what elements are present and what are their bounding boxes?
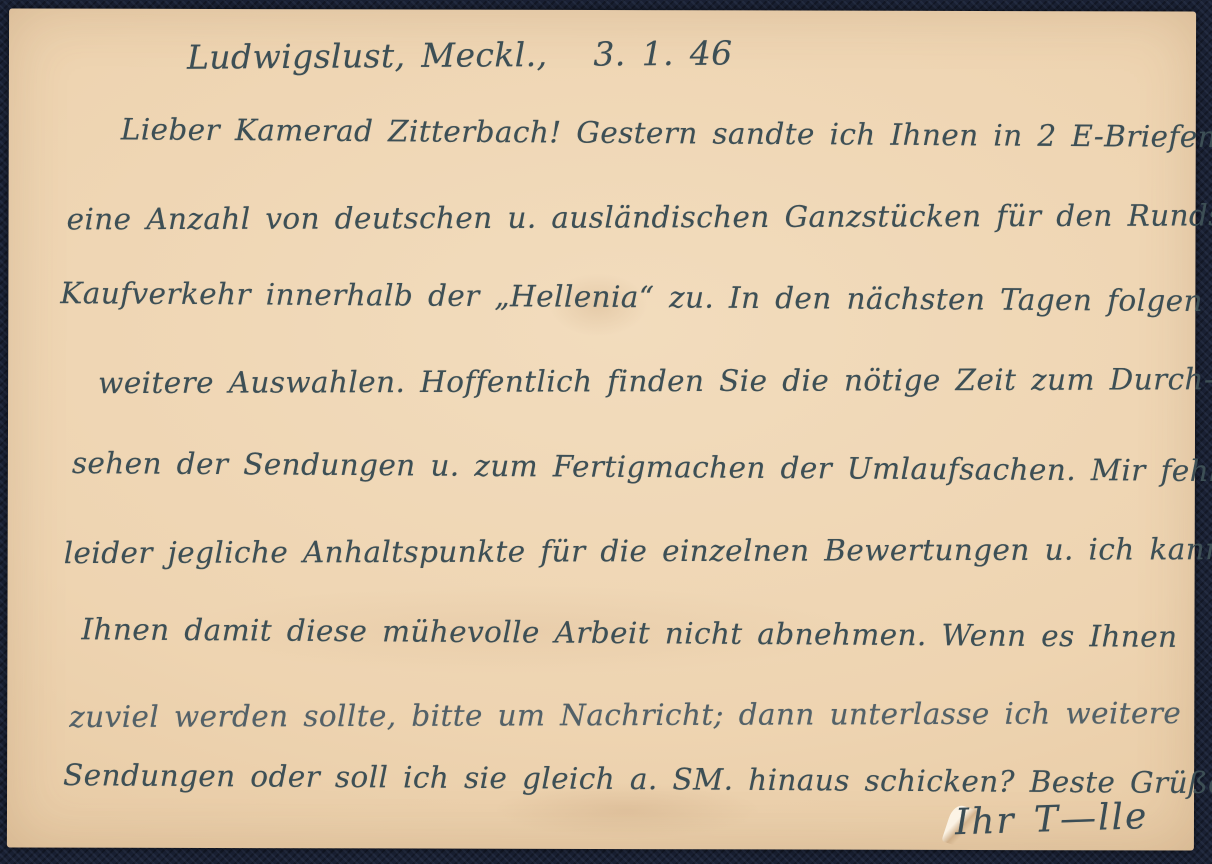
handwriting-line: eine Anzahl von deutschen u. ausländisch… <box>67 198 1212 236</box>
dateline: Ludwigslust, Meckl., 3. 1. 46 <box>187 33 733 76</box>
handwriting-line: zuviel werden sollte, bitte um Nachricht… <box>69 696 1181 734</box>
dateline-place: Ludwigslust, Meckl., <box>187 35 548 77</box>
handwriting-line: Lieber Kamerad Zitterbach! Gestern sandt… <box>121 112 1212 154</box>
postcard-paper: Ludwigslust, Meckl., 3. 1. 46 Lieber Kam… <box>7 8 1196 850</box>
signature-line: Ihr T—lle <box>954 796 1149 843</box>
handwriting-line: Ihnen damit diese mühevolle Arbeit nicht… <box>81 612 1177 654</box>
handwriting-line: sehen der Sendungen u. zum Fertigmachen … <box>72 446 1212 488</box>
dateline-date: 3. 1. 46 <box>593 33 732 73</box>
handwriting-line: leider jegliche Anhaltspunkte für die ei… <box>64 532 1212 570</box>
handwriting-line: Sendungen oder soll ich sie gleich a. SM… <box>63 758 1212 800</box>
handwriting-line: Kaufverkehr innerhalb der „Hellenia“ zu.… <box>60 276 1203 318</box>
handwriting-line: weitere Auswahlen. Hoffentlich finden Si… <box>98 362 1212 400</box>
